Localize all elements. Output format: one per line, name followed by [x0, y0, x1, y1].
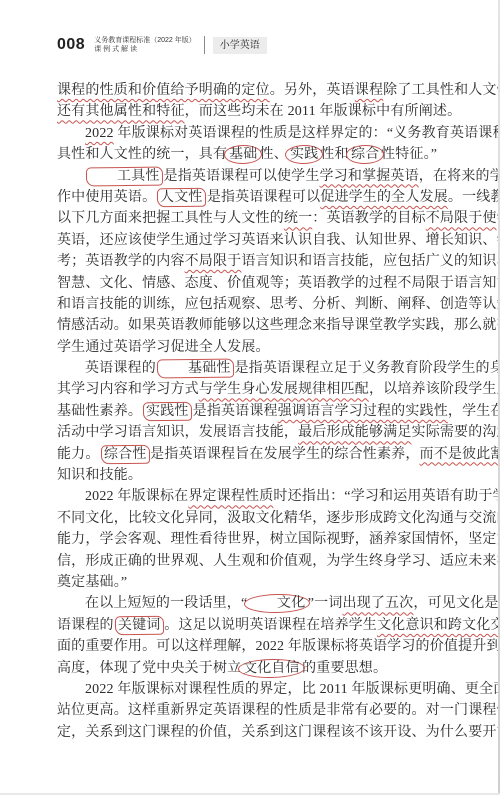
text-line: 语课程的关键词。这足以说明英语课程在培养学生文化意识和跨文化交际能力方: [57, 615, 500, 636]
text-segment: ：英语教学的目标: [312, 211, 425, 226]
red-wavy-annotation: 不局限于使: [426, 211, 497, 226]
text-line: 英语，还应该使学生通过学习英语来认识自我、认知世界、增长知识、学会思: [57, 230, 500, 251]
red-wavy-annotation: 促进学生的全人发展: [320, 190, 448, 205]
text-segment: 情感活动。如果英语教师能够以这些理念来指导课堂教学实践，那么就有可能使: [57, 318, 500, 333]
text-segment: ，可见文化是义务教育英: [413, 596, 500, 611]
text-line: 情感活动。如果英语教师能够以这些理念来指导课堂教学实践，那么就有可能使: [57, 315, 500, 336]
text-segment: 除了工具性和人文性以外: [383, 83, 500, 98]
text-segment: 性、: [260, 147, 288, 162]
text-segment: 是指英语课程旨在发展学生的综合性素养，: [150, 447, 419, 462]
text-line: 站位更高。这样重新界定英语课程的性质是非常有必要的。对一门课程性质的界: [57, 700, 500, 721]
text-segment: 基础性素养。: [57, 404, 142, 419]
text-line: 在以上短短的一段话里，“文化”一词出现了五次，可见文化是义务教育英: [57, 593, 500, 614]
text-segment: 的重要思想。: [302, 661, 387, 676]
text-line: 活动中学习语言知识，发展语言技能，最后形成能够满足实际需要的沟通和交流: [57, 422, 500, 443]
text-segment: 时还指出：“学习和运用英语有助于学生了解: [273, 489, 500, 504]
text-segment: 。另外，英语: [270, 83, 355, 98]
red-oval-annotation: 文化: [244, 594, 311, 614]
red-wavy-annotation: 课程的性质和价值给予明确的定位: [57, 83, 270, 98]
red-wavy-annotation: 强调语言学习过程的实践性: [278, 404, 448, 419]
text-segment: 是指英语课程可以使学生: [164, 169, 320, 184]
text-line: 定，关系到这门课程的价值，关系到这门课程该不该开设、为什么要开设以及在: [57, 722, 500, 743]
red-oval-annotation: 基础: [224, 145, 263, 165]
text-segment: 考；英语教学的内容: [57, 254, 185, 269]
red-box-annotation: 实践性: [143, 402, 192, 422]
text-segment: ，以培养该阶段学生应具备的: [369, 382, 500, 397]
text-segment: 奠定基础。”: [57, 575, 127, 590]
text-segment: 面的重要作用。可以这样理解，2022 年版课标将英语学习的价值提升到文化的: [57, 639, 500, 654]
red-wavy-annotation: 还有其他属性和特征: [57, 104, 185, 119]
text-segment: 2022 年版课标对课程性质的界定，比 2011 年版课标更明确、更全面，而且: [85, 682, 500, 697]
text-segment: 年版课标对英语课程的性质是这样界定的：“义务教育英语课程体现工: [114, 126, 500, 141]
text-line: 信，形成正确的世界观、人生观和价值观，为学生终身学习、适应未来社会发展: [57, 551, 500, 572]
text-line: 能力。综合性是指英语课程旨在发展学生的综合性素养，而不是彼此割裂的各种: [57, 444, 500, 465]
text-line: 智慧、文化、情感、态度、价值观等；英语教学的过程不局限于语言知识的识记: [57, 273, 500, 294]
red-oval-annotation: 实践: [285, 145, 324, 165]
text-segment: 语言知识和语言技能，应包括广义的知识、经验、: [241, 254, 500, 269]
book-page: 008 义务教育课程标准（2022 年版） 课 例 式 解 读 小学英语 课程的…: [0, 0, 500, 795]
text-segment: 具性和人文性的统一，具有: [57, 147, 227, 162]
series-title: 义务教育课程标准（2022 年版）: [94, 36, 196, 45]
text-segment: 站位更高。这样重新界定英语课程的性质是非常有必要的。对一门课程性质的界: [57, 703, 500, 718]
text-line: 知识和技能。: [57, 465, 500, 486]
text-segment: 和语言技能的训练，应包括观察、思考、分析、判断、阐释、创造等认知活动和: [57, 297, 500, 312]
text-segment: 是指英语课程可以: [207, 190, 320, 205]
subject-badge: 小学英语: [213, 37, 267, 54]
page-header: 008 义务教育课程标准（2022 年版） 课 例 式 解 读 小学英语: [57, 36, 267, 54]
text-segment: ，学生在语言实践: [448, 404, 500, 419]
red-wavy-annotation: 出现了五次: [343, 596, 414, 611]
text-segment: 学生通过英语学习促进全人发展。: [57, 340, 270, 355]
text-line: 其学习内容和学习方式与学生身心发展规律相匹配，以培养该阶段学生应具备的: [57, 379, 500, 400]
text-line: 2022 年版课标对课程性质的界定，比 2011 年版课标更明确、更全面，而且: [57, 679, 500, 700]
text-line: 高度，体现了党中央关于树立文化自信的重要思想。: [57, 658, 500, 679]
text-segment: 性特征。”: [381, 147, 437, 162]
text-segment: 实际需要的沟通和交流: [412, 425, 500, 440]
text-segment: 英语，还应该使学生通过学习英语来认识自我、认知世界、增长知识、学会思: [57, 233, 500, 248]
text-line: 以下几方面来把握工具性与人文性的统一：英语教学的目标不局限于使学生学会: [57, 208, 500, 229]
red-box-annotation: 工具性: [86, 166, 163, 186]
text-line: 还有其他属性和特征，而这些均未在 2011 年版课标中有所阐述。: [57, 101, 500, 122]
header-divider: [204, 36, 205, 54]
text-segment: 能力，学会客观、理性看待世界，树立国际视野，涵养家国情怀，坚定文化自: [57, 532, 500, 547]
text-segment: 能力。: [57, 447, 100, 462]
series-block: 义务教育课程标准（2022 年版） 课 例 式 解 读: [94, 36, 196, 54]
page-number: 008: [57, 36, 85, 54]
text-segment: 智慧、文化、情感、态度、价值观等；英语教学的过程不局限于语言知识的识记: [57, 276, 500, 291]
red-wavy-annotation: 统一: [284, 211, 312, 226]
text-segment: 作中使用英语。: [57, 190, 156, 205]
text-segment: 在以上短短的一段话里，“: [85, 596, 247, 611]
text-line: 面的重要作用。可以这样理解，2022 年版课标将英语学习的价值提升到文化的: [57, 636, 500, 657]
text-segment: ，在将来的学习、生活和工: [419, 169, 500, 184]
red-wavy-annotation: 2022: [85, 126, 114, 141]
red-box-annotation: 基础性: [157, 359, 234, 379]
red-wavy-annotation: 文化意识和跨文化交际能力方: [377, 618, 500, 633]
red-wavy-annotation: 学习和掌握英语: [320, 169, 419, 184]
text-line: 和语言技能的训练，应包括观察、思考、分析、判断、阐释、创造等认知活动和: [57, 294, 500, 315]
text-line: 2022 年版课标对英语课程的性质是这样界定的：“义务教育英语课程体现工: [57, 123, 500, 144]
red-wavy-annotation: 课程: [355, 83, 383, 98]
text-segment: ”一词: [308, 596, 343, 611]
text-segment: 定，关系到这门课程的价值，关系到这门课程该不该开设、为什么要开设以及在: [57, 725, 500, 740]
text-line: 基础性素养。实践性是指英语课程强调语言学习过程的实践性，学生在语言实践: [57, 401, 500, 422]
text-line: 学生通过英语学习促进全人发展。: [57, 337, 500, 358]
text-segment: 以下几方面来把握工具性与人文性的: [57, 211, 284, 226]
red-wavy-annotation: 不局限于: [185, 254, 242, 269]
red-oval-annotation: 综合: [346, 145, 385, 165]
text-segment: 是指英语课程: [193, 404, 278, 419]
text-line: 能力，学会客观、理性看待世界，树立国际视野，涵养家国情怀，坚定文化自: [57, 529, 500, 550]
red-box-annotation: 人文性: [157, 188, 206, 208]
text-segment: 。这足以说明英语课程在培养学生: [164, 618, 377, 633]
page-body: 课程的性质和价值给予明确的定位。另外，英语课程除了工具性和人文性以外还有其他属性…: [57, 80, 500, 743]
red-wavy-annotation: 而不是彼此割裂的各种: [420, 447, 500, 462]
red-wavy-annotation: 与学生身心发展规律相匹配: [199, 382, 369, 397]
text-segment: 高度，体现了党中央关于树立: [57, 661, 241, 676]
series-subtitle: 课 例 式 解 读: [94, 45, 196, 54]
text-segment: ，而这些均未在 2011 年版课标中有所阐述。: [185, 104, 462, 119]
text-line: 工具性是指英语课程可以使学生学习和掌握英语，在将来的学习、生活和工: [57, 166, 500, 187]
text-segment: 不同文化，比较文化异同，汲取文化精华，逐步形成跨文化沟通与交流的意识和: [57, 511, 500, 526]
text-line: 作中使用英语。人文性是指英语课程可以促进学生的全人发展。一线教师可以从: [57, 187, 500, 208]
text-segment: 信，形成正确的世界观、人生观和价值观，为学生终身学习、适应未来社会发展: [57, 554, 500, 569]
text-line: 不同文化，比较文化异同，汲取文化精华，逐步形成跨文化沟通与交流的意识和: [57, 508, 500, 529]
red-box-annotation: 关键词: [115, 616, 164, 636]
text-segment: 是指英语课程立足于义务教育阶段学生的身心发展水平，: [234, 361, 500, 376]
text-segment: 活动中学习语言知识，发展语言技能，: [57, 425, 298, 440]
red-box-annotation: 综合性: [100, 444, 149, 464]
text-line: 考；英语教学的内容不局限于语言知识和语言技能，应包括广义的知识、经验、: [57, 251, 500, 272]
text-segment: 知识和技能。: [57, 468, 142, 483]
red-wavy-annotation: 最后形成能够满足: [298, 425, 411, 440]
text-line: 英语课程的基础性是指英语课程立足于义务教育阶段学生的身心发展水平，: [57, 358, 500, 379]
text-segment: 。一线教师可以从: [448, 190, 500, 205]
text-segment: 英语课程的: [85, 361, 156, 376]
text-line: 具性和人文性的统一，具有基础性、实践性和综合性特征。”: [57, 144, 500, 165]
text-segment: 语课程的: [57, 618, 114, 633]
text-line: 课程的性质和价值给予明确的定位。另外，英语课程除了工具性和人文性以外: [57, 80, 500, 101]
text-segment: 性和: [320, 147, 348, 162]
text-segment: 2022 年版课标在: [85, 489, 188, 504]
red-wavy-annotation: 界定课程性质: [188, 489, 273, 504]
red-oval-annotation: 文化自信: [238, 658, 305, 678]
text-line: 2022 年版课标在界定课程性质时还指出：“学习和运用英语有助于学生了解: [57, 486, 500, 507]
text-segment: 其学习内容和学习方式: [57, 382, 199, 397]
text-line: 奠定基础。”: [57, 572, 500, 593]
